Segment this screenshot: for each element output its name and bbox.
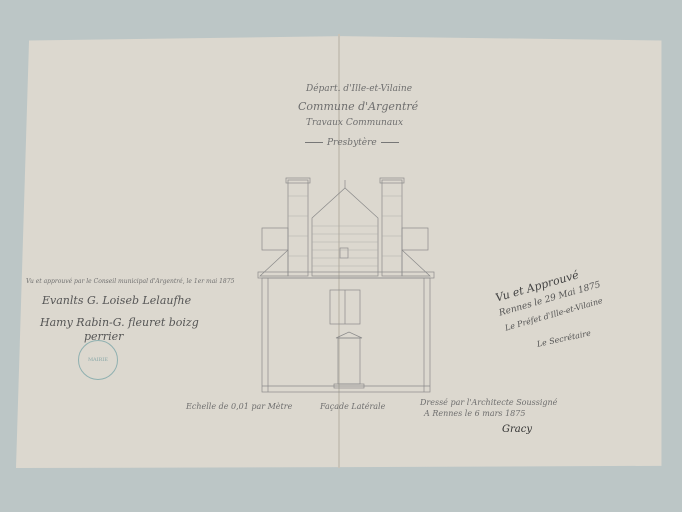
subject-heading: Presbytère <box>301 138 403 148</box>
view-caption: Façade Latérale <box>320 402 385 411</box>
commune-heading: Commune d'Argentré <box>298 100 418 113</box>
architect-signature: Gracy <box>502 424 532 435</box>
facade-elevation-icon <box>256 176 436 398</box>
council-approval-note: Vu et approuvé par le Conseil municipal … <box>26 278 234 285</box>
architect-date: A Rennes le 6 mars 1875 <box>424 409 525 418</box>
scale-caption: Echelle de 0,01 par Mètre <box>186 402 292 411</box>
building-elevation-drawing <box>256 176 436 398</box>
mairie-stamp: MAIRIE <box>78 340 118 380</box>
council-signatures-2: Hamy Rabin-G. fleuret boizg <box>40 316 199 329</box>
council-signatures-1: Evanlts G. Loiseb Lelaufhe <box>42 294 191 307</box>
department-heading: Départ. d'Ille-et-Vilaine <box>306 84 412 94</box>
drawing-sheet: Départ. d'Ille-et-Vilaine Commune d'Arge… <box>16 34 668 468</box>
architect-note: Dressé par l'Architecte Soussigné <box>420 398 557 407</box>
works-heading: Travaux Communaux <box>306 118 403 128</box>
